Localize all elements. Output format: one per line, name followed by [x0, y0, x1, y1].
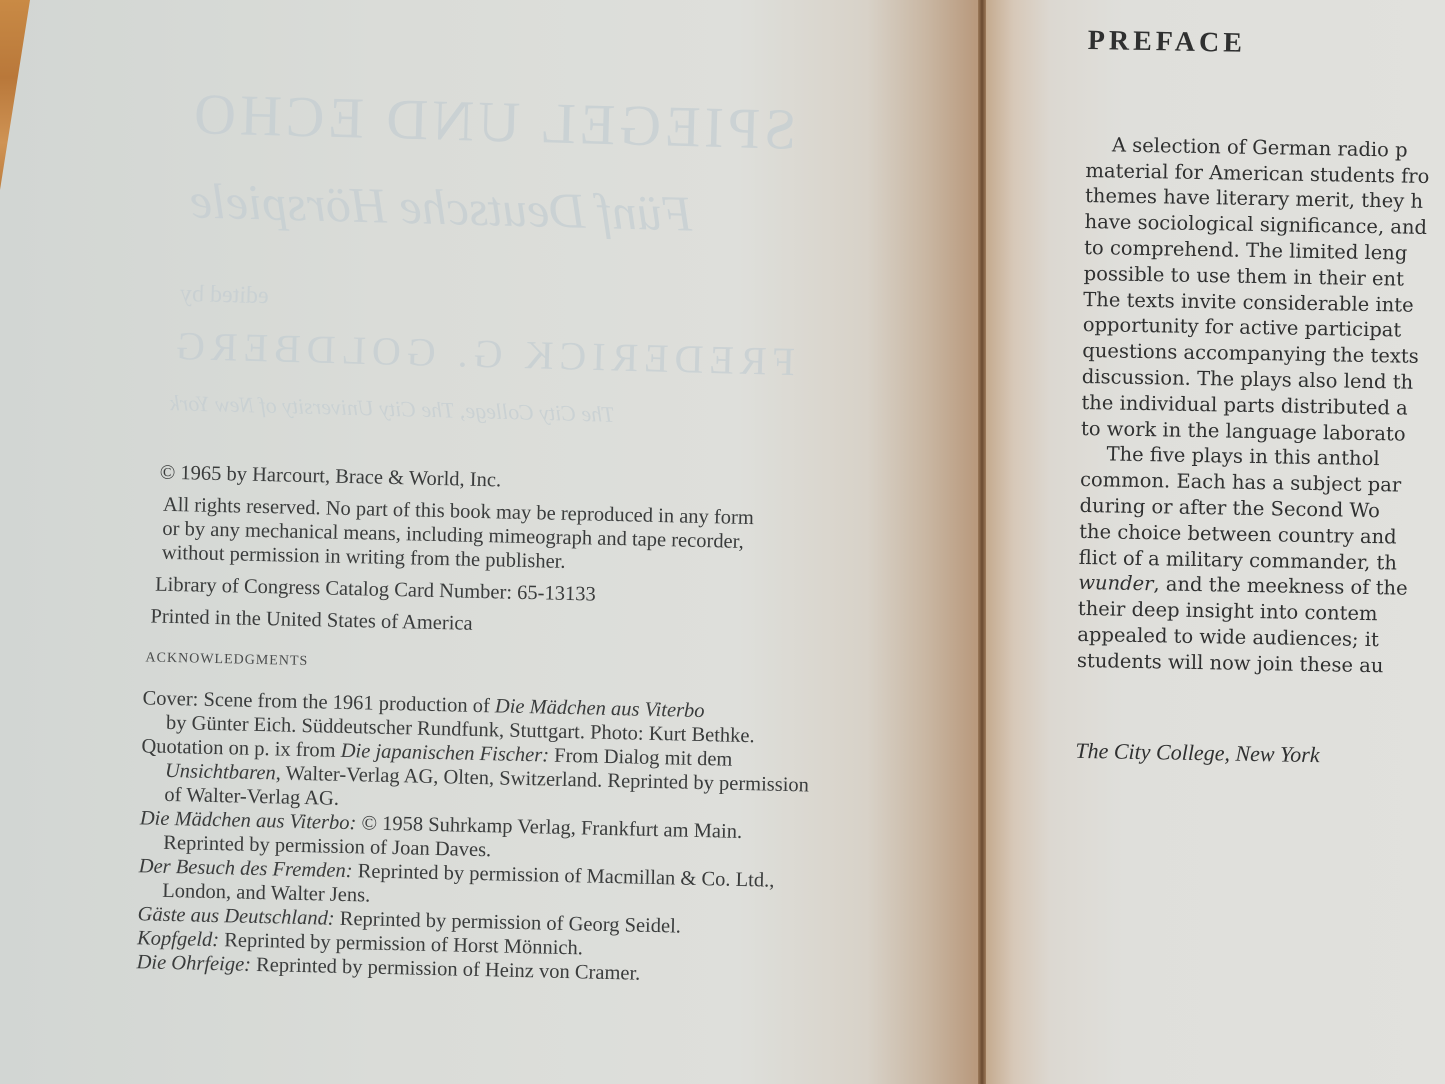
bleed-through-editor: FREDERICK G. GOLDBERG: [169, 322, 795, 385]
line-text: possible to use them in their ent: [1084, 262, 1405, 291]
line-text: to comprehend. The limited leng: [1084, 236, 1408, 265]
preface-heading: PREFACE: [1088, 28, 1445, 63]
left-page: SPIEGEL UND ECHO Fünf Deutsche Hörspiele…: [0, 0, 985, 1084]
line-text: opportunity for active participat: [1083, 313, 1402, 342]
bleed-through-affiliation: The City College, The City University of…: [170, 390, 615, 428]
line-text: the individual parts distributed a: [1081, 391, 1408, 420]
line-text: their deep insight into contem: [1078, 597, 1378, 625]
line-text: discussion. The plays also lend th: [1082, 365, 1414, 394]
text-run: Kopfgeld:: [137, 927, 219, 951]
text-run: Quotation on p. ix from: [141, 735, 341, 762]
line-text: during or after the Second Wo: [1079, 494, 1380, 522]
line-text: to work in the language laborato: [1081, 417, 1406, 446]
line-text: questions accompanying the texts: [1082, 339, 1419, 368]
line-text: appealed to wide audiences; it: [1077, 623, 1379, 651]
text-run: From Dialog mit dem: [549, 745, 733, 771]
line-text: students will now join these au: [1077, 649, 1384, 677]
copyright-block: © 1965 by Harcourt, Brace & World, Inc. …: [118, 460, 929, 992]
italic-word: wunder: [1078, 571, 1154, 595]
rights-statement: All rights reserved. No part of this boo…: [128, 492, 929, 582]
line-text: The five plays in this anthol: [1106, 443, 1379, 471]
bleed-through-subtitle: Fünf Deutsche Hörspiele: [189, 171, 693, 242]
text-run: Gäste aus Deutschland:: [137, 903, 334, 929]
acknowledgments-heading: ACKNOWLEDGMENTS: [125, 646, 925, 688]
line-text: The texts invite considerable inte: [1083, 288, 1414, 317]
line-text: have sociological significance, and: [1084, 210, 1427, 239]
text-run: London, and Walter Jens.: [162, 880, 371, 907]
preface-line: students will now join these au: [1077, 648, 1445, 683]
bleed-through-title: SPIEGEL UND ECHO: [189, 80, 797, 163]
line-text: themes have literary merit, they h: [1085, 184, 1423, 213]
line-text: , and the meekness of the: [1153, 573, 1408, 600]
line-text: flict of a military commander, th: [1079, 545, 1398, 574]
book-gutter: [978, 0, 986, 1084]
preface-block: PREFACE A selection of German radio pmat…: [1075, 28, 1445, 772]
text-run: Unsichtbaren: [165, 760, 276, 785]
line-text: common. Each has a subject par: [1080, 468, 1401, 497]
line-text: the choice between country and: [1079, 520, 1397, 549]
preface-body: A selection of German radio pmaterial fo…: [1077, 132, 1445, 683]
acknowledgments-list: Cover: Scene from the 1961 production of…: [118, 686, 924, 992]
text-run: Die japanischen Fischer:: [341, 740, 550, 767]
text-run: of Walter-Verlag AG.: [164, 784, 339, 810]
line-text: material for American students fro: [1085, 159, 1429, 188]
text-run: Die Ohrfeige:: [136, 951, 251, 976]
bleed-through-edited-by: edited by: [180, 281, 269, 310]
line-text: A selection of German radio p: [1112, 133, 1408, 161]
